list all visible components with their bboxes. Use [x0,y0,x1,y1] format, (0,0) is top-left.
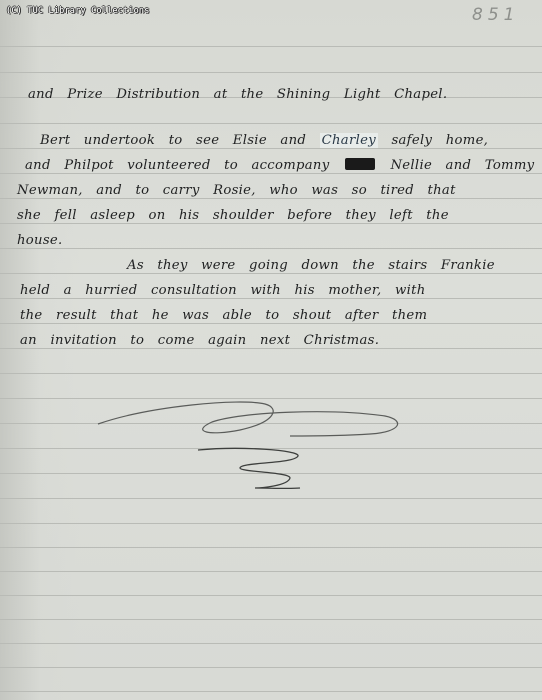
ruled-line [0,523,542,524]
ruled-line [0,198,542,199]
ruled-line [0,273,542,274]
text-segment: safely home, [391,133,488,148]
ruled-line [0,691,542,692]
text-line-7: As they were going down the stairs Frank… [127,258,542,273]
text-line-5: she fell asleep on his shoulder before t… [17,208,542,223]
ruled-line [0,173,542,174]
inserted-name-charley: Charley [320,133,378,148]
ruled-line [0,547,542,548]
signature-flourish-icon [90,392,410,502]
ruled-line [0,148,542,149]
text-line-1: and Prize Distribution at the Shining Li… [28,87,542,102]
text-line-3: and Philpot volunteered to accompany Nel… [25,158,542,173]
text-line-4: Newman, and to carry Rosie, who was so t… [17,183,542,198]
ruled-line [0,46,542,47]
text-segment: Bert undertook to see Elsie and [40,133,306,148]
text-segment: and Philpot volunteered to accompany [25,158,329,173]
text-segment: Nellie and Tommy [390,158,534,173]
ruled-line [0,571,542,572]
ruled-line [0,248,542,249]
ruled-line [0,72,542,73]
folio-number: 851 [472,5,519,25]
ruled-line [0,619,542,620]
ruled-line [0,298,542,299]
redaction-block [345,158,375,170]
manuscript-page: (C) TUC Library Collections 851 and Priz… [0,0,542,700]
ruled-line [0,643,542,644]
text-line-2: Bert undertook to see Elsie and Charley … [40,133,542,148]
ruled-line [0,223,542,224]
ruled-line [0,348,542,349]
ruled-line [0,123,542,124]
text-line-8: held a hurried consultation with his mot… [20,283,542,298]
text-line-6: house. [17,233,542,248]
copyright-watermark: (C) TUC Library Collections [6,6,150,16]
text-line-9: the result that he was able to shout aft… [20,308,542,323]
ruled-line [0,373,542,374]
ruled-line [0,595,542,596]
text-line-10: an invitation to come again next Christm… [20,333,542,348]
ruled-line [0,323,542,324]
ruled-line [0,667,542,668]
